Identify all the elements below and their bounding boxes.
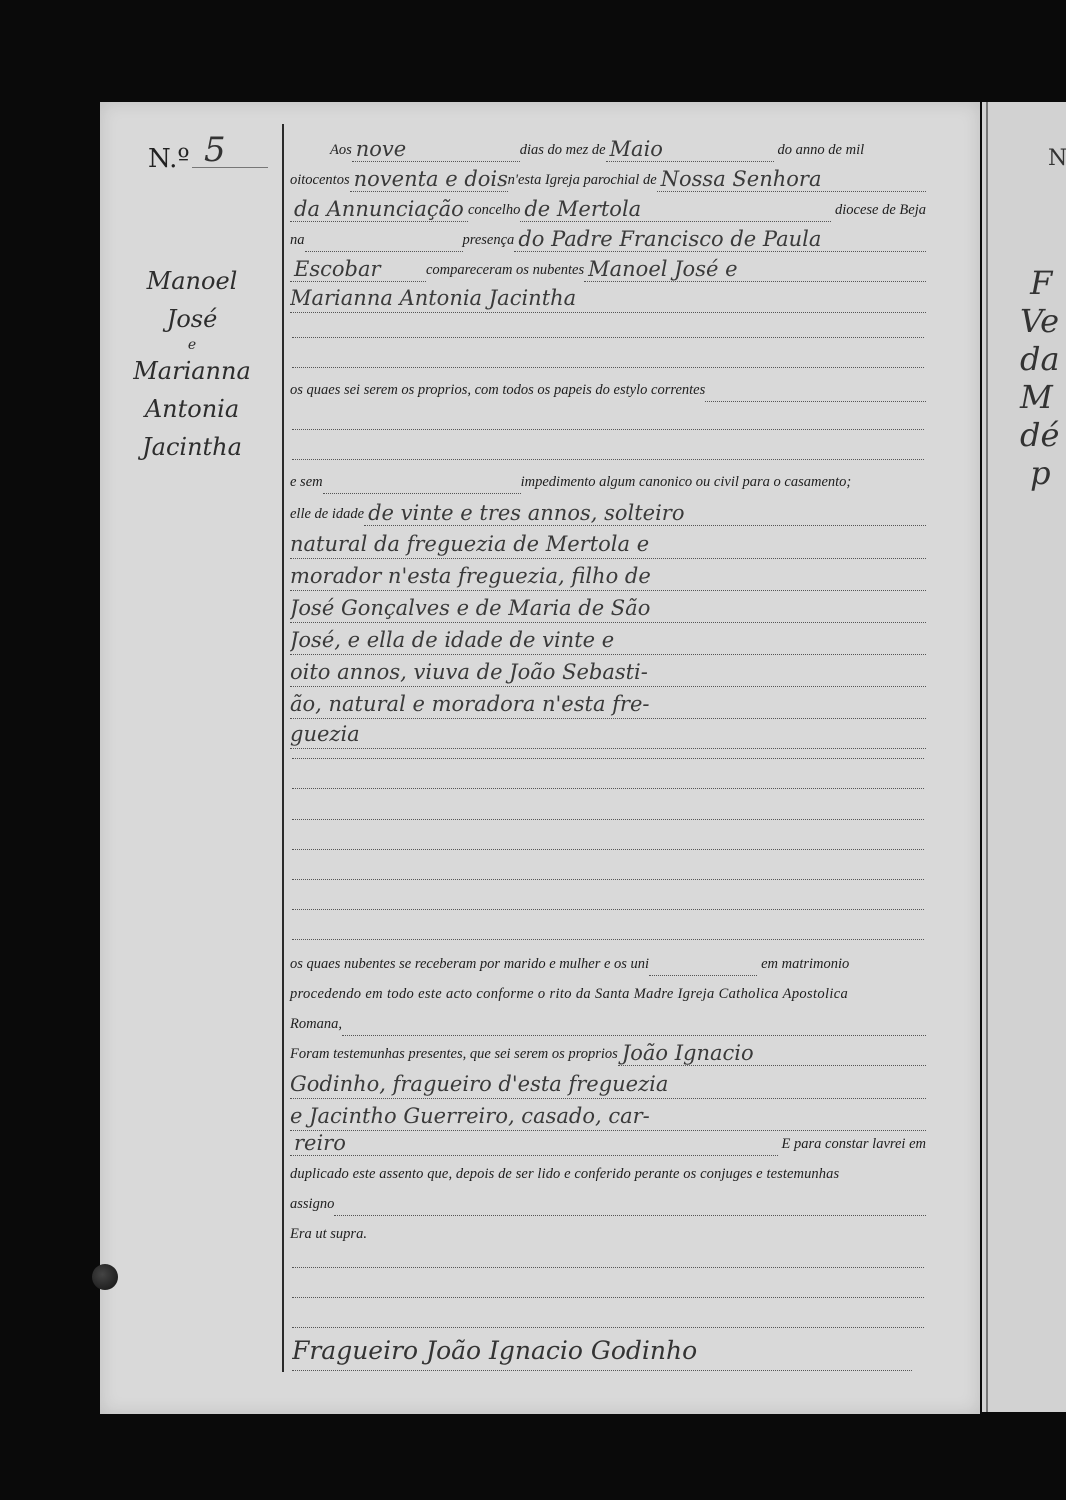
printed-text: em matrimonio [761, 956, 849, 976]
printed-text: E para constar lavrei em [782, 1136, 926, 1156]
printed-text: Aos [290, 142, 352, 162]
book-spine [986, 102, 988, 1412]
next-page-margin-fragments: F Ve da M dé p [1020, 264, 1060, 492]
handwritten-signatures: Fragueiro João Ignacio Godinho [292, 1336, 912, 1371]
handwritten-parish-cont: da Annunciação [290, 197, 468, 222]
record-number-label: N.º [148, 144, 190, 174]
blank-line [292, 908, 924, 910]
form-line-papers: os quaes sei serem os proprios, com todo… [290, 376, 926, 402]
printed-text: os quaes nubentes se receberam por marid… [290, 956, 649, 976]
handwritten-groom: Manoel José e [584, 257, 926, 282]
handwritten-parish: Nossa Senhora [657, 167, 926, 192]
handwritten-month: Maio [606, 137, 774, 162]
signature-line [292, 1266, 924, 1268]
form-line-nubentes: Escobar compareceram os nubentes Manoel … [290, 256, 926, 282]
form-line-assigno: assigno [290, 1190, 926, 1216]
handwritten-concelho: de Mertola [520, 197, 831, 222]
blank-line [292, 938, 924, 940]
form-line-concelho: da Annunciação concelho de Mertola dioce… [290, 196, 926, 222]
margin-rule [282, 124, 284, 1372]
blank-line [292, 818, 924, 820]
handwritten-body-line: guezia [290, 722, 926, 749]
printed-text: impedimento algum canonico ou civil para… [521, 474, 852, 494]
handwritten-body-line: morador n'esta freguezia, filho de [290, 564, 926, 591]
handwritten-witness-line: Godinho, fragueiro d'esta freguezia [290, 1072, 926, 1099]
blank-field [305, 251, 463, 252]
blank-field [705, 401, 926, 402]
form-line-presence: na presença do Padre Francisco de Paula [290, 226, 926, 252]
printed-text: Romana, [290, 1016, 342, 1036]
handwritten-body-line: oito annos, viuva de João Sebasti- [290, 660, 926, 687]
margin-name-line: Antonia [112, 390, 272, 428]
margin-names: Manoel José e Marianna Antonia Jacintha [112, 262, 272, 466]
handwritten-body-line: José Gonçalves e de Maria de São [290, 596, 926, 623]
blank-line [292, 757, 924, 759]
next-page: N F Ve da M dé p [982, 102, 1066, 1412]
next-page-number-label: N [1048, 146, 1066, 171]
handwritten-body-line: José, e ella de idade de vinte e [290, 628, 926, 655]
margin-name-line: Jacintha [112, 428, 272, 466]
handwritten-witness-cont: reiro [290, 1131, 778, 1156]
printed-text: elle de idade [290, 506, 364, 526]
handwritten-day: nove [352, 137, 520, 162]
handwritten-year: noventa e dois [350, 167, 508, 192]
form-line-impediment: e sem impedimento algum canonico ou civi… [290, 468, 926, 494]
blank-field [649, 975, 757, 976]
printed-text: na [290, 232, 305, 252]
blank-line [292, 458, 924, 460]
printed-text: do anno de mil [778, 142, 865, 162]
margin-name-line: Marianna [112, 352, 272, 390]
record-number-value: 5 [204, 130, 226, 170]
handwritten-bride: Marianna Antonia Jacintha [290, 286, 926, 313]
blank-field [334, 1215, 926, 1216]
blank-line [292, 336, 924, 338]
handwritten-body-line: natural da freguezia de Mertola e [290, 532, 926, 559]
handwritten-priest-cont: Escobar [290, 257, 426, 282]
margin-name-line: José [112, 300, 272, 338]
printed-text: presença [463, 232, 515, 252]
form-line-era: Era ut supra. [290, 1220, 926, 1246]
printed-text: dias do mez de [520, 142, 606, 162]
printed-text: assigno [290, 1196, 334, 1216]
blank-field [323, 493, 521, 494]
handwritten-groom-age: de vinte e tres annos, solteiro [364, 501, 926, 526]
printed-text: os quaes sei serem os proprios, com todo… [290, 382, 705, 402]
form-line-date: Aos nove dias do mez de Maio do anno de … [290, 136, 926, 162]
blank-field [342, 1035, 926, 1036]
blank-line [292, 787, 924, 789]
blank-line [292, 848, 924, 850]
handwritten-body-line: ão, natural e moradora n'esta fre- [290, 692, 926, 719]
printed-text: procedendo em todo este acto conforme o … [290, 986, 848, 1006]
form-line-constar: reiro E para constar lavrei em [290, 1130, 926, 1156]
margin-name-line: Manoel [112, 262, 272, 300]
form-line-witnesses: Foram testemunhas presentes, que sei ser… [290, 1040, 926, 1066]
printed-text: Foram testemunhas presentes, que sei ser… [290, 1046, 618, 1066]
form-line-year: oitocentos noventa e dois n'esta Igreja … [290, 166, 926, 192]
printed-text: diocese de Beja [835, 202, 926, 222]
printed-text: duplicado este assento que, depois de se… [290, 1166, 839, 1186]
signature-line [292, 1296, 924, 1298]
printed-text: e sem [290, 474, 323, 494]
printed-text: concelho [468, 202, 520, 222]
handwritten-priest: do Padre Francisco de Paula [514, 227, 926, 252]
form-line-union: os quaes nubentes se receberam por marid… [290, 950, 926, 976]
binding-thread-knot [92, 1264, 118, 1290]
blank-line [292, 366, 924, 368]
form-line-rite: procedendo em todo este acto conforme o … [290, 980, 926, 1006]
form-line-age: elle de idade de vinte e tres annos, sol… [290, 500, 926, 526]
printed-text: oitocentos [290, 172, 350, 192]
margin-name-line: e [112, 338, 272, 352]
printed-text: Era ut supra. [290, 1226, 367, 1246]
handwritten-witness-line: e Jacintho Guerreiro, casado, car- [290, 1104, 926, 1131]
blank-line [292, 878, 924, 880]
form-line-romana: Romana, [290, 1010, 926, 1036]
printed-text: compareceram os nubentes [426, 262, 584, 282]
printed-text: n'esta Igreja parochial de [508, 172, 657, 192]
signature-line [292, 1326, 924, 1328]
blank-line [292, 428, 924, 430]
form-line-duplicado: duplicado este assento que, depois de se… [290, 1160, 926, 1186]
handwritten-witness: João Ignacio [618, 1041, 926, 1066]
